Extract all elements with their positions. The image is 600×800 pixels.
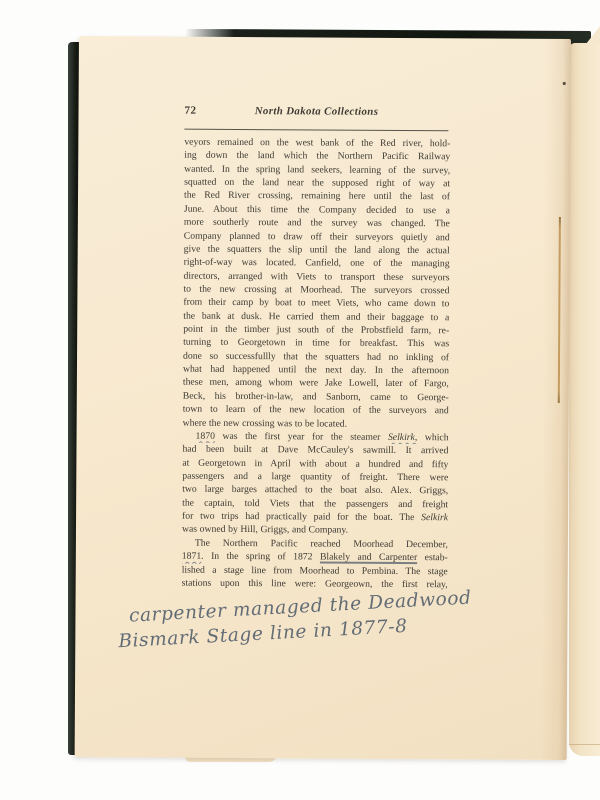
text-line: lished a stage line from Moorhead to Pem… bbox=[182, 563, 448, 578]
paragraph: 1870 was the first year for the steamer … bbox=[182, 430, 449, 538]
text-line: these men, among whom were Jake Lowell, … bbox=[183, 376, 449, 391]
page-body: veyors remained on the west bank of the … bbox=[182, 136, 451, 592]
text-line: more southerly route and the survey was … bbox=[184, 216, 450, 231]
page-header: 72 North Dakota Collections bbox=[184, 105, 448, 123]
text-line: ing down the land which the Northern Pac… bbox=[184, 149, 450, 164]
book-photo: 72 North Dakota Collections veyors remai… bbox=[0, 0, 600, 800]
text-line: turning to Georgetown in time for breakf… bbox=[183, 336, 449, 351]
text-line: two large barges attached to the boat al… bbox=[182, 483, 448, 498]
header-rule bbox=[184, 129, 448, 132]
gutter-crease-mark bbox=[558, 217, 561, 403]
facing-page-edge bbox=[569, 43, 600, 756]
paragraph: veyors remained on the west bank of the … bbox=[183, 136, 451, 432]
text-line: was owned by Hill, Griggs, and Company. bbox=[182, 523, 448, 538]
text-line: from their camp by boat to meet Viets, w… bbox=[183, 296, 449, 311]
book-page: 72 North Dakota Collections veyors remai… bbox=[75, 36, 571, 760]
text-line: 1871. In the spring of 1872 Blakely and … bbox=[182, 550, 448, 565]
text-line: the Red River crossing, remaining here u… bbox=[184, 189, 450, 204]
running-title: North Dakota Collections bbox=[185, 105, 449, 119]
text-line: had been built at Dave McCauley's sawmil… bbox=[182, 443, 448, 458]
text-line: right-of-way was located. Canfield, one … bbox=[184, 256, 450, 271]
page-speck bbox=[563, 82, 566, 85]
handwritten-annotation: carpenter managed the Deadwood Bismark S… bbox=[116, 581, 558, 654]
paragraph: The Northern Pacific reached Moorhead De… bbox=[182, 536, 448, 591]
text-line: town to learn of the new location of the… bbox=[183, 403, 449, 418]
